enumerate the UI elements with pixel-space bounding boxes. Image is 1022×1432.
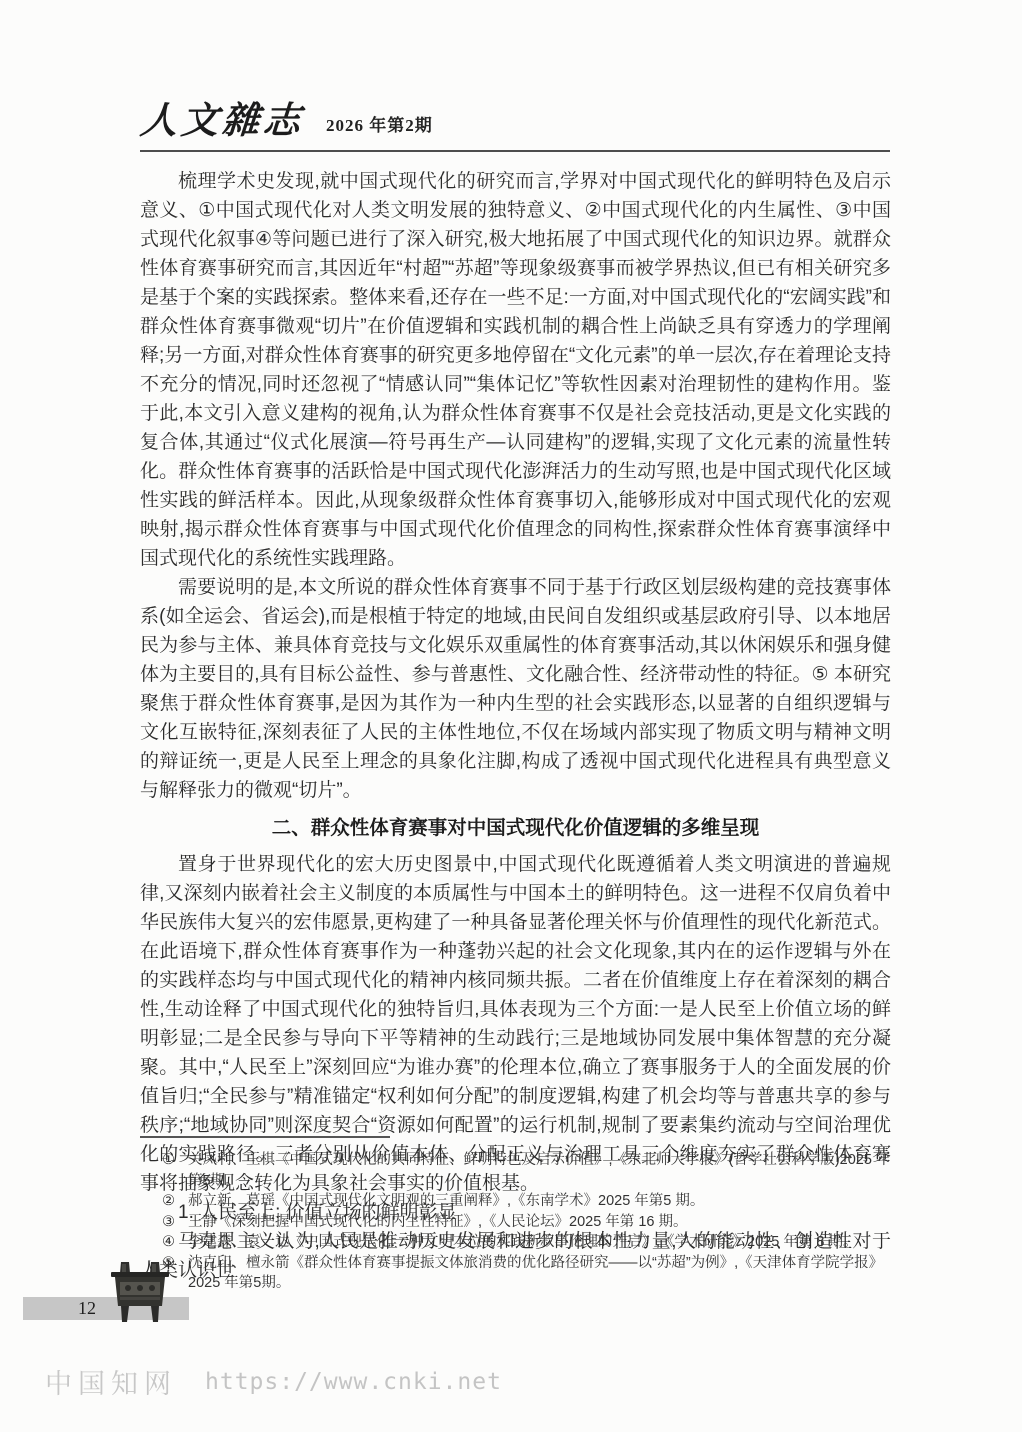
footnote-item: ④ 李建森、袁一达《中国式现代化:一种文明本位的实践新叙事伦理的开启》,《学术研…: [140, 1232, 891, 1253]
page-number: 12: [78, 1298, 96, 1319]
issue-label: 2026 年第2期: [326, 111, 433, 140]
footnote-marker: ③: [162, 1212, 188, 1233]
footnote-text: 王静《深刻把握中国式现代化的内生性特征》,《人民论坛》2025 年第 16 期。: [188, 1212, 891, 1233]
footnote-text: 关凤利、王棋《中国式现代化的共同特征、鲜明特色及启示价值》,《东北师大学报》(哲…: [188, 1150, 891, 1191]
article-body: 梳理学术史发现,就中国式现代化的研究而言,学界对中国式现代化的鲜明特色及启示意义…: [140, 167, 891, 1285]
footnote-marker: ①: [162, 1150, 188, 1191]
footnotes-section: ① 关凤利、王棋《中国式现代化的共同特征、鲜明特色及启示价值》,《东北师大学报》…: [140, 1136, 891, 1294]
journal-page: 人文雜志 2026 年第2期 梳理学术史发现,就中国式现代化的研究而言,学界对中…: [0, 0, 1022, 1432]
body-paragraph-1: 梳理学术史发现,就中国式现代化的研究而言,学界对中国式现代化的鲜明特色及启示意义…: [140, 167, 891, 573]
footnote-text: 李建森、袁一达《中国式现代化:一种文明本位的实践新叙事伦理的开启》,《学术研究》…: [188, 1232, 891, 1253]
masthead: 人文雜志 2026 年第2期: [140, 103, 890, 140]
footnote-marker: ②: [162, 1191, 188, 1212]
body-paragraph-2: 需要说明的是,本文所说的群众性体育赛事不同于基于行政区划层级构建的竞技赛事体系(…: [140, 573, 891, 805]
bronze-ding-icon: [105, 1261, 175, 1323]
bronze-ding-icon-svg: [105, 1261, 175, 1323]
footnote-text: 沈克印、檀永箭《群众性体育赛事提振文体旅消费的优化路径研究——以“苏超”为例》,…: [188, 1253, 891, 1294]
footnote-divider: [140, 1136, 390, 1138]
footnote-item: ⑤ 沈克印、檀永箭《群众性体育赛事提振文体旅消费的优化路径研究——以“苏超”为例…: [140, 1253, 891, 1294]
footnote-item: ③ 王静《深刻把握中国式现代化的内生性特征》,《人民论坛》2025 年第 16 …: [140, 1212, 891, 1233]
cnki-watermark-url: https://www.cnki.net: [205, 1369, 502, 1395]
header-rule: [140, 150, 890, 152]
journal-logo: 人文雜志: [139, 103, 306, 140]
section-heading: 二、群众性体育赛事对中国式现代化价值逻辑的多维呈现: [140, 814, 891, 843]
cnki-watermark: 中国知网 https://www.cnki.net: [45, 1362, 502, 1401]
footnote-item: ① 关凤利、王棋《中国式现代化的共同特征、鲜明特色及启示价值》,《东北师大学报》…: [140, 1150, 891, 1191]
footnote-text: 郝立新、葛瑶《中国式现代化文明观的三重阐释》,《东南学术》2025 年第5 期。: [188, 1191, 891, 1212]
footnote-item: ② 郝立新、葛瑶《中国式现代化文明观的三重阐释》,《东南学术》2025 年第5 …: [140, 1191, 891, 1212]
page-header: 人文雜志 2026 年第2期: [140, 103, 890, 152]
footnote-marker: ④: [162, 1232, 188, 1253]
cnki-watermark-name: 中国知网: [45, 1362, 177, 1401]
